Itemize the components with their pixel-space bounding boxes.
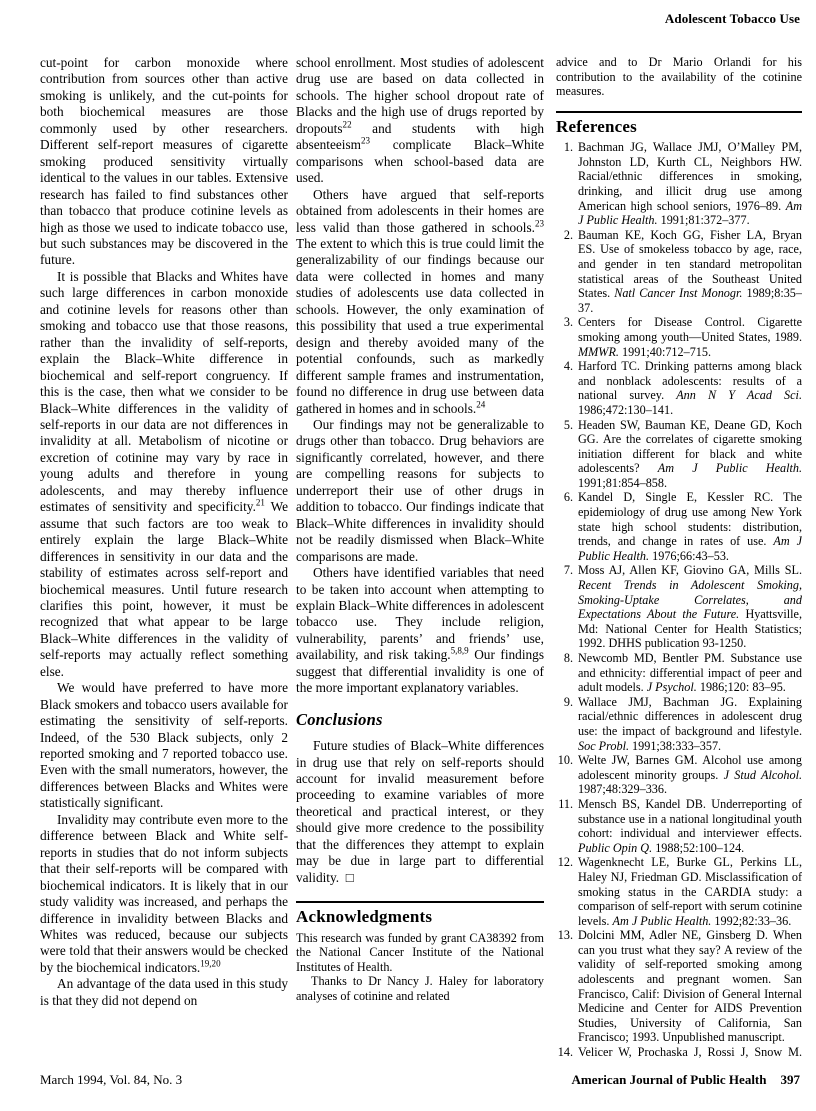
column-2-paragraphs: school enrollment. Most studies of adole… <box>296 55 544 697</box>
reference-number: 10. <box>556 753 573 797</box>
section-divider <box>556 111 802 113</box>
reference-text: Harford TC. Drinking patterns among blac… <box>578 359 802 417</box>
footer-journal-info: American Journal of Public Health397 <box>572 1072 801 1088</box>
reference-item: 8. Newcomb MD, Bentler PM. Substance use… <box>556 651 802 695</box>
body-paragraph: Others have identified variables that ne… <box>296 565 544 697</box>
body-paragraph: It is possible that Blacks and Whites ha… <box>40 269 288 680</box>
reference-text: Dolcini MM, Adler NE, Ginsberg D. When c… <box>578 928 802 1045</box>
column-2: school enrollment. Most studies of adole… <box>296 55 544 1058</box>
reference-number: 12. <box>556 855 573 928</box>
reference-number: 11. <box>556 797 573 855</box>
reference-text: Newcomb MD, Bentler PM. Substance use an… <box>578 651 802 695</box>
reference-text: Bachman JG, Wallace JMJ, O’Malley PM, Jo… <box>578 140 802 228</box>
journal-page: Adolescent Tobacco Use cut-point for car… <box>0 0 816 1111</box>
reference-item: 3. Centers for Disease Control. Cigarett… <box>556 315 802 359</box>
reference-text: Velicer W, Prochaska J, Rossi J, Snow M.… <box>578 1045 802 1058</box>
reference-number: 2. <box>556 228 573 316</box>
body-paragraph: Invalidity may contribute even more to t… <box>40 812 288 977</box>
body-paragraph: Future studies of Black–White difference… <box>296 738 544 886</box>
footer-issue-info: March 1994, Vol. 84, No. 3 <box>40 1072 182 1088</box>
reference-item: 9. Wallace JMJ, Bachman JG. Explaining r… <box>556 695 802 753</box>
reference-text: Headen SW, Bauman KE, Deane GD, Koch GG.… <box>578 418 802 491</box>
body-paragraph: cut-point for carbon monoxide where cont… <box>40 55 288 269</box>
reference-text: Welte JW, Barnes GM. Alcohol use among a… <box>578 753 802 797</box>
reference-text: Centers for Disease Control. Cigarette s… <box>578 315 802 359</box>
reference-item: 11. Mensch BS, Kandel DB. Underreporting… <box>556 797 802 855</box>
reference-item: 7. Moss AJ, Allen KF, Giovino GA, Mills … <box>556 563 802 651</box>
body-paragraph: Our findings may not be generalizable to… <box>296 417 544 565</box>
reference-list: 1. Bachman JG, Wallace JMJ, O’Malley PM,… <box>556 140 802 1058</box>
reference-item: 14. Velicer W, Prochaska J, Rossi J, Sno… <box>556 1045 802 1058</box>
section-divider <box>296 901 544 903</box>
reference-number: 14. <box>556 1045 573 1058</box>
reference-item: 6. Kandel D, Single E, Kessler RC. The e… <box>556 490 802 563</box>
acknowledgments-paragraph: This research was funded by grant CA3839… <box>296 931 544 975</box>
reference-item: 1. Bachman JG, Wallace JMJ, O’Malley PM,… <box>556 140 802 228</box>
acknowledgments-paragraph: advice and to Dr Mario Orlandi for his c… <box>556 55 802 99</box>
reference-text: Moss AJ, Allen KF, Giovino GA, Mills SL.… <box>578 563 802 651</box>
footer-page-number: 397 <box>781 1072 801 1087</box>
footer-journal-title: American Journal of Public Health <box>572 1072 767 1087</box>
references-heading: References <box>556 119 802 135</box>
body-paragraph: school enrollment. Most studies of adole… <box>296 55 544 187</box>
reference-text: Kandel D, Single E, Kessler RC. The epid… <box>578 490 802 563</box>
acknowledgments-heading: Acknowledgments <box>296 909 544 925</box>
reference-number: 9. <box>556 695 573 753</box>
reference-number: 1. <box>556 140 573 228</box>
reference-number: 4. <box>556 359 573 417</box>
reference-number: 8. <box>556 651 573 695</box>
conclusions-heading: Conclusions <box>296 712 544 728</box>
reference-item: 12. Wagenknecht LE, Burke GL, Perkins LL… <box>556 855 802 928</box>
running-head: Adolescent Tobacco Use <box>665 11 800 27</box>
body-paragraph: Others have argued that self-reports obt… <box>296 187 544 417</box>
reference-number: 13. <box>556 928 573 1045</box>
body-paragraph: We would have preferred to have more Bla… <box>40 680 288 812</box>
reference-number: 5. <box>556 418 573 491</box>
acknowledgments-paragraph: Thanks to Dr Nancy J. Haley for laborato… <box>296 974 544 1003</box>
body-paragraph: An advantage of the data used in this st… <box>40 976 288 1009</box>
reference-text: Wagenknecht LE, Burke GL, Perkins LL, Ha… <box>578 855 802 928</box>
reference-text: Mensch BS, Kandel DB. Underreporting of … <box>578 797 802 855</box>
reference-number: 7. <box>556 563 573 651</box>
acknowledgments-paragraphs: This research was funded by grant CA3839… <box>296 931 544 1004</box>
acknowledgments-continuation: advice and to Dr Mario Orlandi for his c… <box>556 55 802 99</box>
reference-item: 5. Headen SW, Bauman KE, Deane GD, Koch … <box>556 418 802 491</box>
column-1-paragraphs: cut-point for carbon monoxide where cont… <box>40 55 288 1009</box>
reference-text: Bauman KE, Koch GG, Fisher LA, Bryan ES.… <box>578 228 802 316</box>
column-3: advice and to Dr Mario Orlandi for his c… <box>556 55 802 1058</box>
reference-item: 4. Harford TC. Drinking patterns among b… <box>556 359 802 417</box>
reference-number: 3. <box>556 315 573 359</box>
reference-item: 13. Dolcini MM, Adler NE, Ginsberg D. Wh… <box>556 928 802 1045</box>
column-1: cut-point for carbon monoxide where cont… <box>40 55 288 1058</box>
reference-item: 2. Bauman KE, Koch GG, Fisher LA, Bryan … <box>556 228 802 316</box>
reference-item: 10. Welte JW, Barnes GM. Alcohol use amo… <box>556 753 802 797</box>
conclusions-paragraphs: Future studies of Black–White difference… <box>296 738 544 886</box>
reference-number: 6. <box>556 490 573 563</box>
reference-text: Wallace JMJ, Bachman JG. Explaining raci… <box>578 695 802 753</box>
